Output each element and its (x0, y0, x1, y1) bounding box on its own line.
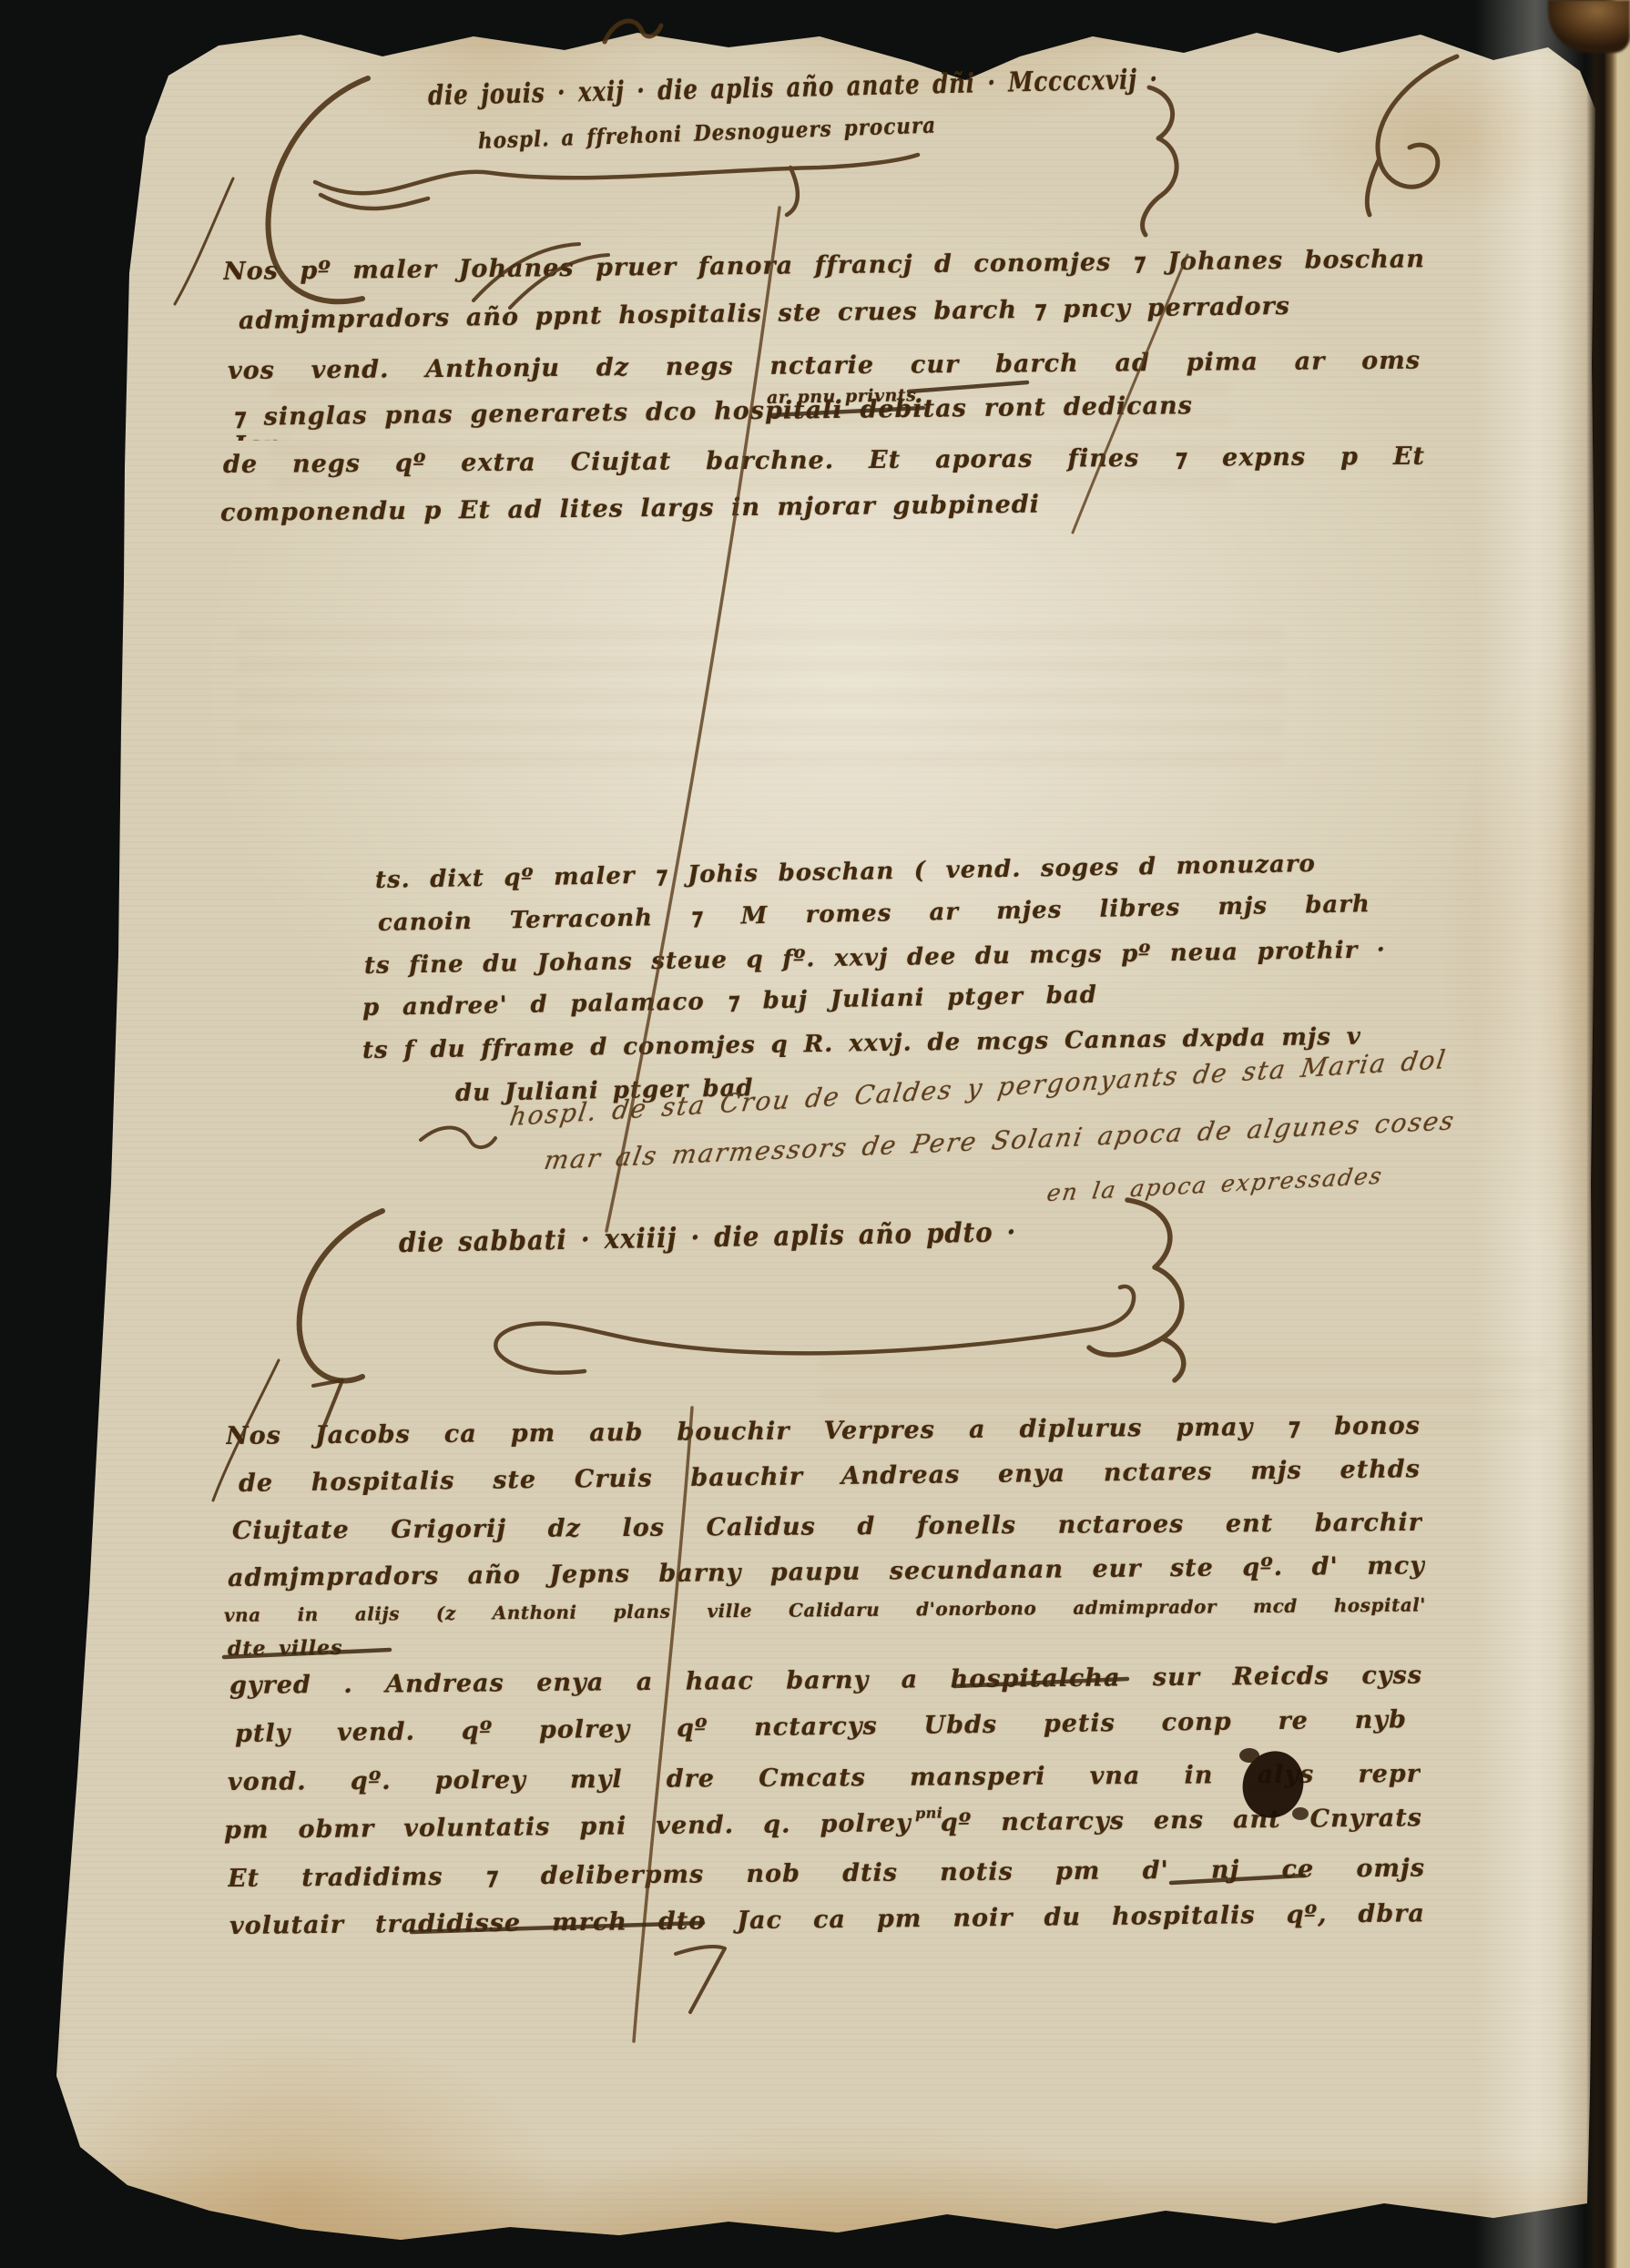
binding-remnant (1548, 0, 1630, 53)
manuscript-scan: die jouis · xxij · die aplis año anate d… (0, 0, 1630, 2268)
entry2-struck-marginal: dte villes (228, 1636, 343, 1661)
binding-gutter (1586, 0, 1630, 2268)
